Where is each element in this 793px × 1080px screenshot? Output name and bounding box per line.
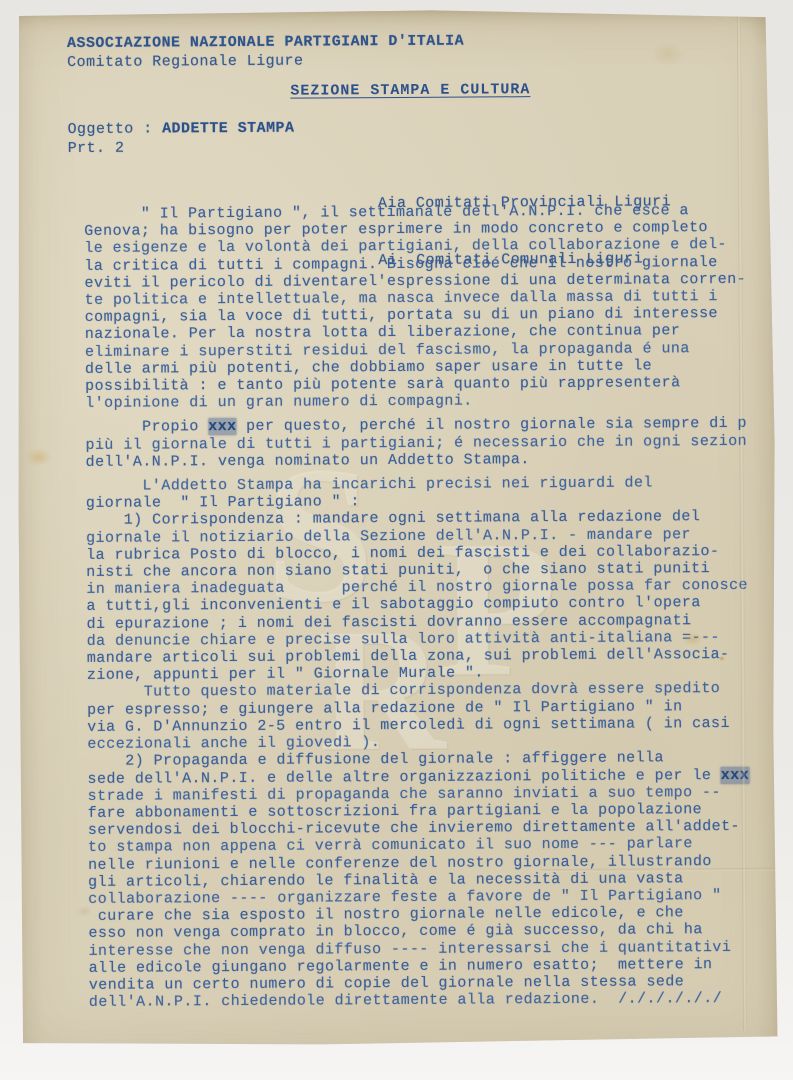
paper-stain	[651, 42, 685, 66]
corner-fold	[722, 6, 774, 46]
document-body: " Il Partigiano ", il settimanale dell'A…	[84, 202, 777, 1012]
document-paper: S P R ASSOCIAZIONE NAZIONALE PARTIGIANI …	[15, 6, 780, 1049]
document-line: dell'A.N.P.I. chiedendole direttamente a…	[89, 990, 777, 1011]
subject-block: Oggetto : ADDETTE STAMPA Prt. 2	[68, 119, 295, 158]
section-title: SEZIONE STAMPA E CULTURA	[290, 81, 530, 99]
subject-value: ADDETTE STAMPA	[162, 120, 294, 138]
protocol-number: Prt. 2	[68, 138, 295, 158]
subject-label: Oggetto :	[68, 120, 163, 138]
subject-line: Oggetto : ADDETTE STAMPA	[68, 119, 295, 139]
paper-stain	[26, 448, 52, 466]
organization-committee: Comitato Regionale Ligure	[67, 51, 464, 72]
document-header: ASSOCIAZIONE NAZIONALE PARTIGIANI D'ITAL…	[67, 32, 464, 72]
overstruck-text: xxx	[208, 418, 236, 435]
scanned-document-photo: { "document": { "org_line1": "ASSOCIAZIO…	[0, 0, 793, 1080]
organization-name: ASSOCIAZIONE NAZIONALE PARTIGIANI D'ITAL…	[67, 32, 464, 53]
